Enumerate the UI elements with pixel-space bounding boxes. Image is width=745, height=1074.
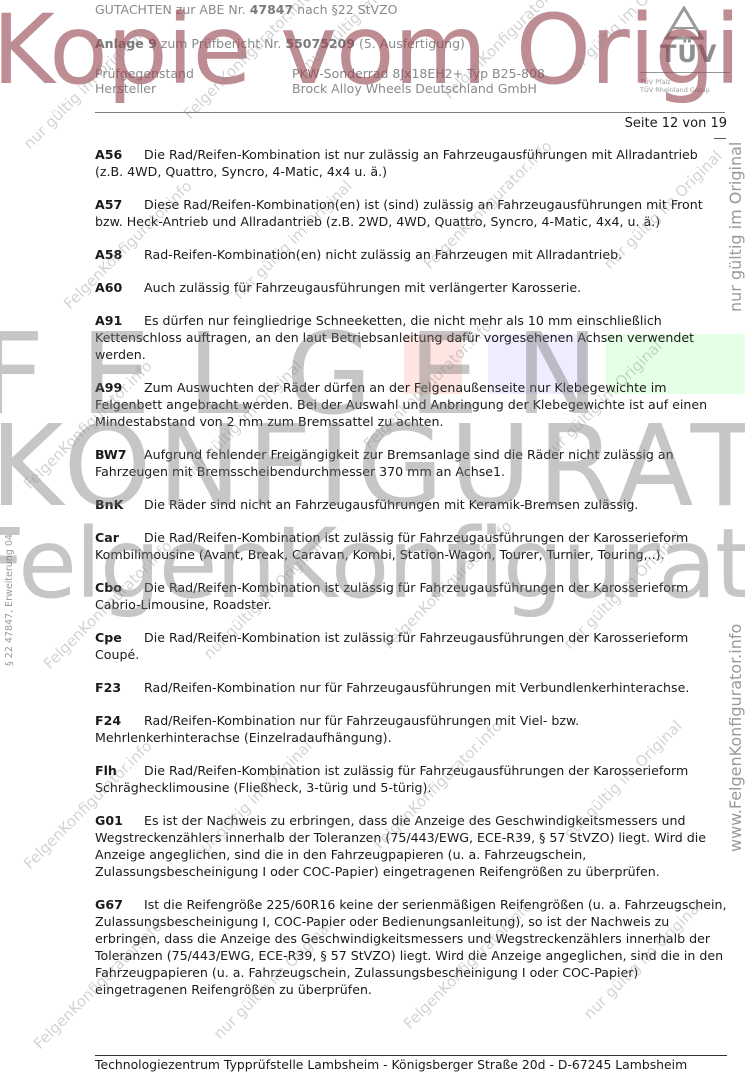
- footer-address: Technologiezentrum Typprüfstelle Lambshe…: [95, 1057, 687, 1072]
- condition-code: F24: [95, 712, 144, 729]
- condition-code: Cpe: [95, 629, 144, 646]
- condition-text: Rad/Reifen-Kombination nur für Fahrzeuga…: [95, 713, 579, 745]
- footer-divider: [95, 1055, 727, 1056]
- condition-entry: A60Auch zulässig für Fahrzeugausführunge…: [95, 279, 727, 296]
- condition-text: Diese Rad/Reifen-Kombination(en) ist (si…: [95, 197, 703, 229]
- condition-text: Rad-Reifen-Kombination(en) nicht zulässi…: [144, 247, 622, 262]
- condition-text: Rad/Reifen-Kombination nur für Fahrzeuga…: [144, 680, 689, 695]
- condition-entry: F24Rad/Reifen-Kombination nur für Fahrze…: [95, 712, 727, 746]
- condition-entry: F23Rad/Reifen-Kombination nur für Fahrze…: [95, 679, 727, 696]
- condition-code: G67: [95, 896, 144, 913]
- condition-text: Die Rad/Reifen-Kombination ist nur zuläs…: [95, 147, 698, 179]
- page-number-underline: [714, 138, 726, 139]
- page-number: Seite 12 von 19: [625, 116, 727, 131]
- condition-entry: A57Diese Rad/Reifen-Kombination(en) ist …: [95, 196, 727, 230]
- condition-code: G01: [95, 812, 144, 829]
- condition-code: F23: [95, 679, 144, 696]
- condition-text: Auch zulässig für Fahrzeugausführungen m…: [144, 280, 581, 295]
- condition-code: A57: [95, 196, 144, 213]
- document-page: GUTACHTEN zur ABE Nr. 47847 nach §22 StV…: [0, 0, 745, 1074]
- watermark-right-bottom: www.FelgenKonfigurator.info: [726, 624, 745, 852]
- watermark-left-side: § 22 47847, Erweiterung 04: [4, 534, 15, 666]
- condition-entry: A56Die Rad/Reifen-Kombination ist nur zu…: [95, 146, 727, 180]
- condition-code: A56: [95, 146, 144, 163]
- watermark-right-top: nur gültig im Original: [726, 142, 745, 312]
